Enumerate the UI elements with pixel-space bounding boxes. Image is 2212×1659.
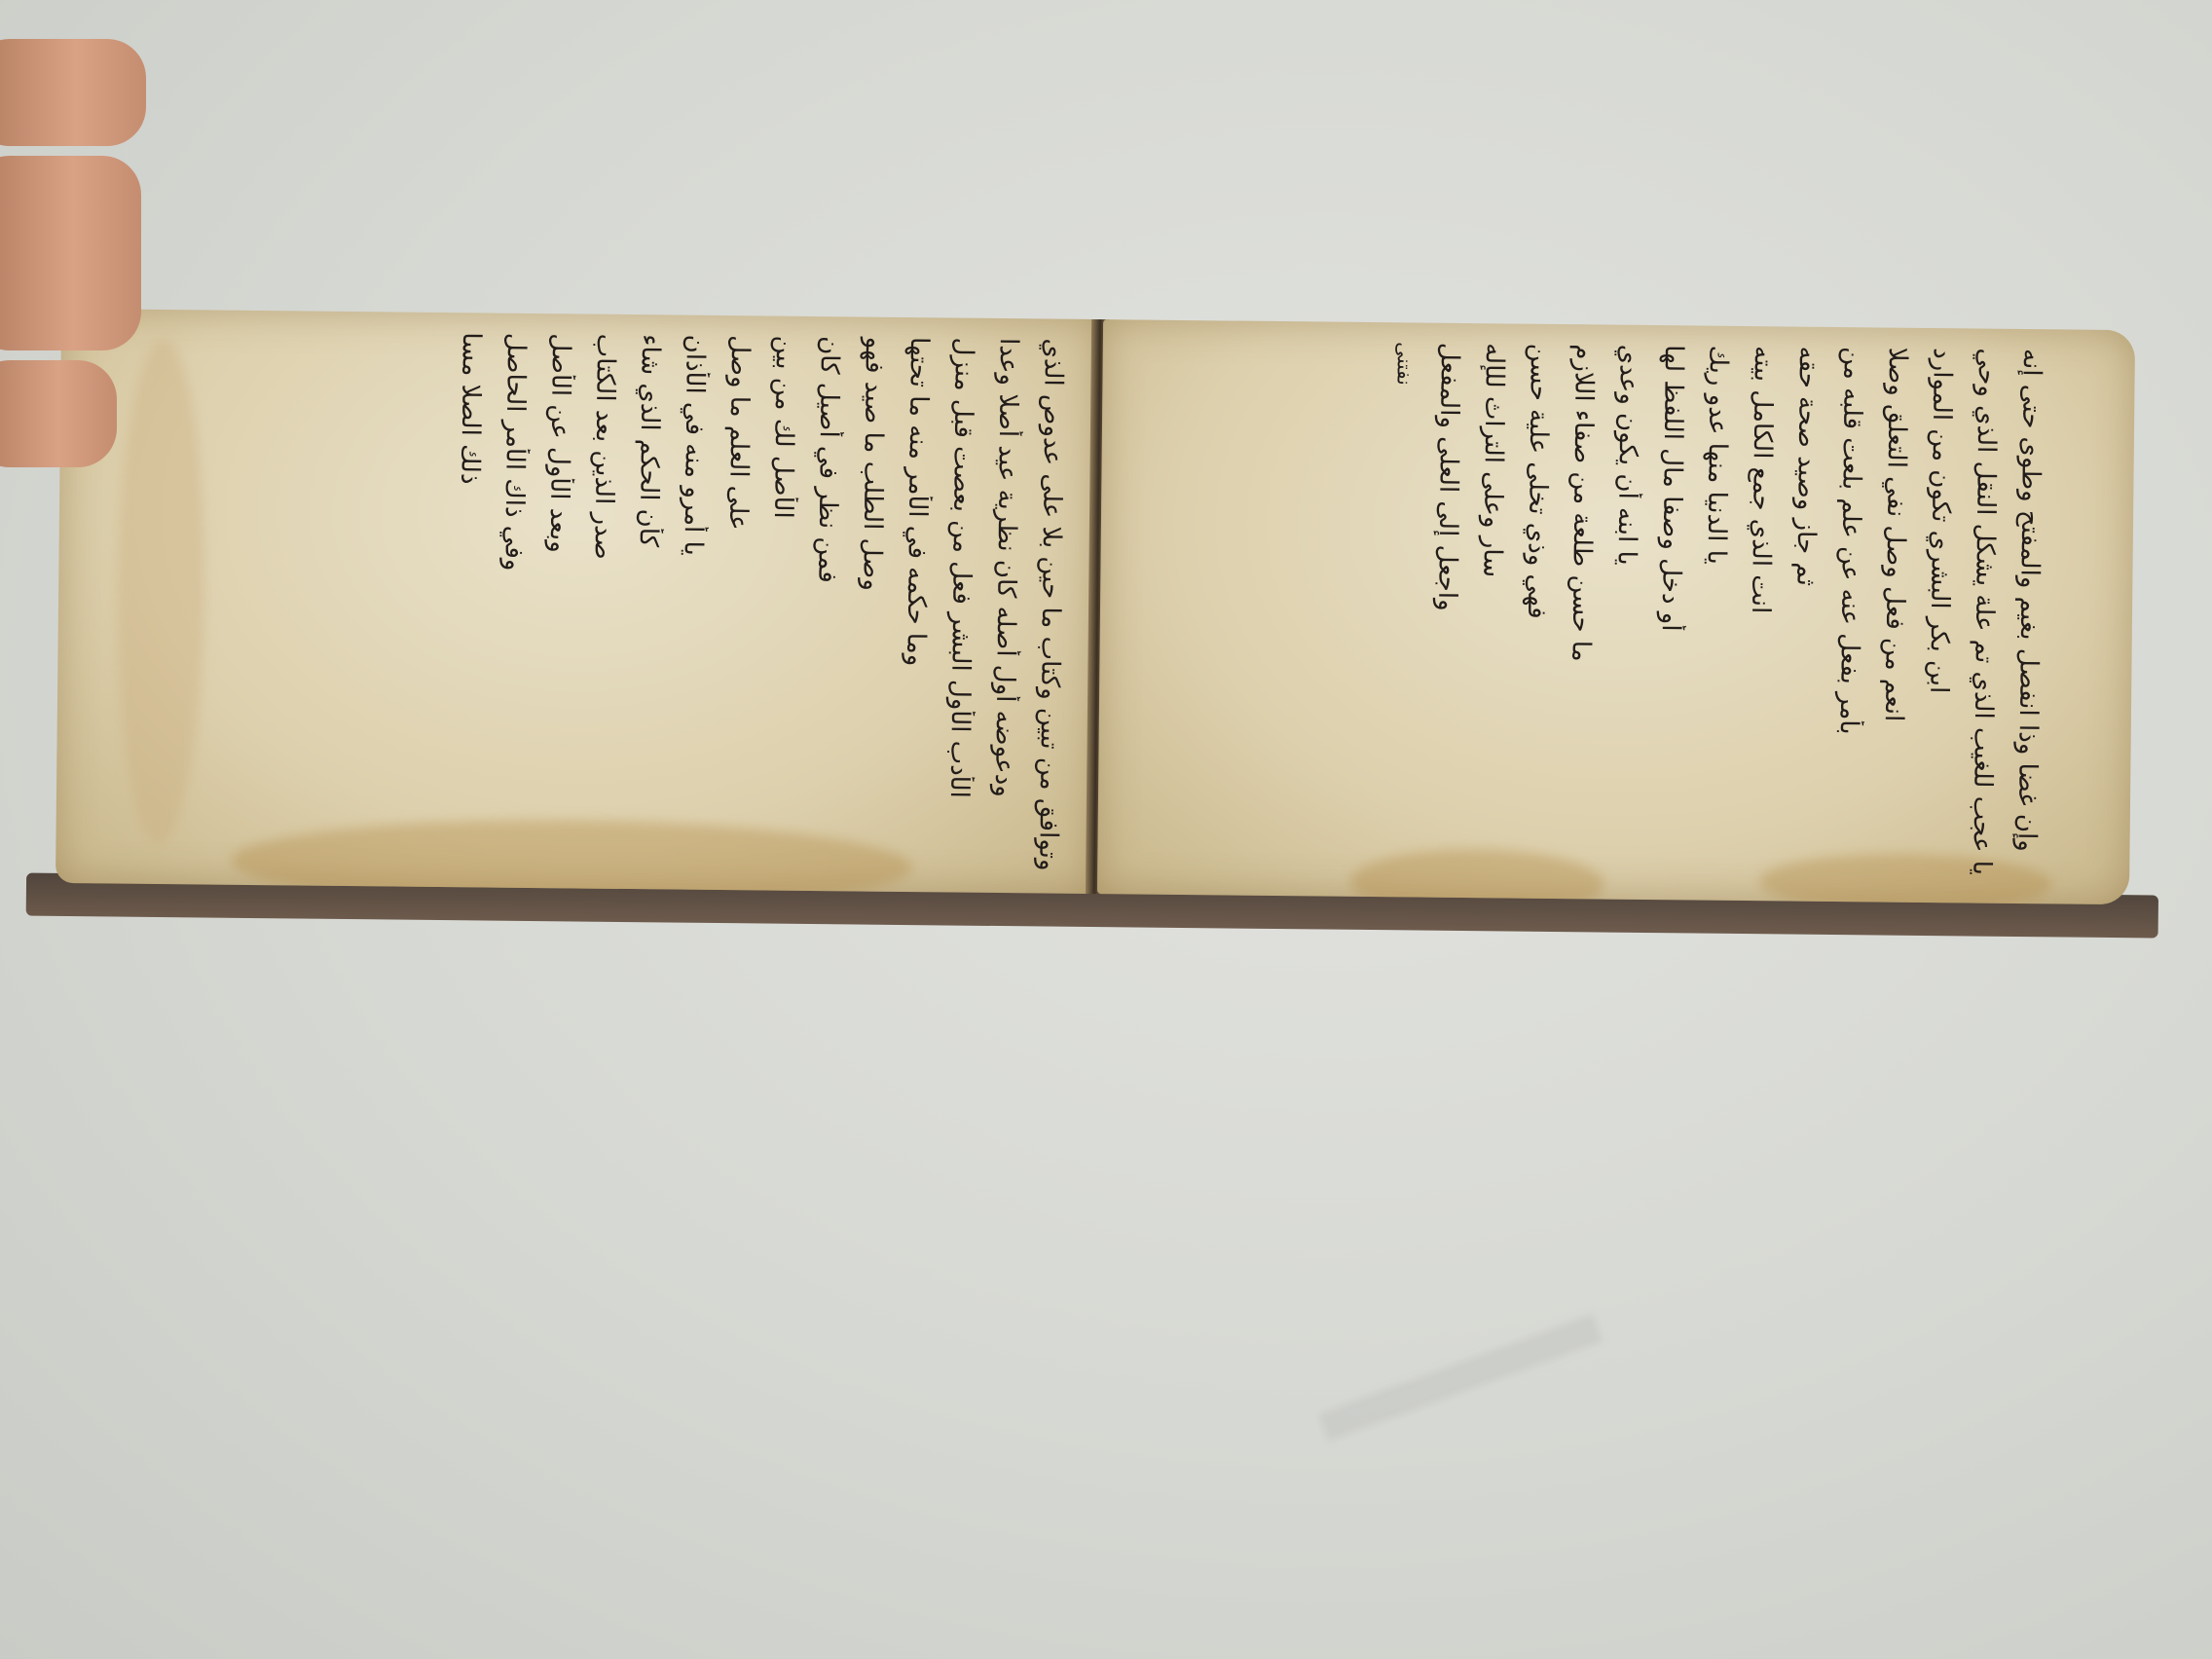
manuscript-line: أو دخل وصفا مال اللفظ لها (1652, 345, 1689, 880)
manuscript-line: ابن بكر البشري تكون من الموارد (1921, 348, 1958, 883)
manuscript-line: يا الدنيا منها عدو ريك (1697, 346, 1734, 881)
manuscript-line: وما حكمه في الأمر منه ما تحتها (898, 337, 935, 872)
right-page: وإن غضا وذا انفصل بغيم والمفتح وطوى حتى … (1097, 319, 2135, 904)
manuscript-line: ما حسن طلعة من صفاء اللازم (1563, 344, 1600, 879)
manuscript-line: وبعد الأول عن الأصل (539, 333, 576, 868)
finger (0, 360, 117, 467)
manuscript-line: يا عجب للغيب الذي تم علة يشكل النقل الذي… (1966, 348, 2003, 883)
manuscript-line: يا أمرو منه في الأذان (674, 335, 711, 870)
manuscript-line: يا ابنه أن يكون وعدي (1607, 345, 1644, 880)
holding-hand (0, 39, 156, 701)
surface-smudge (1318, 1314, 1603, 1442)
manuscript-line: صدر الذين بعد الكتاب (584, 334, 621, 869)
manuscript-line: ذلك الصلا مسا (450, 332, 487, 867)
manuscript-line: انت الذي جمع الكامل بيته (1742, 346, 1779, 881)
manuscript-line: وفي ذاك الأمر الحاصل (495, 333, 532, 868)
manuscript-line: واجعل إلى العلى والمفعل (1428, 343, 1465, 878)
manuscript-line: بأمر بفعل عنه عن علم بلعت قلبه من (1831, 347, 1868, 882)
manuscript-line: الأدب الأول البشر فعل من بعصت قبل منزل (942, 337, 979, 872)
manuscript-line: ودعوضه أول أصله كان نظرية عيد أصلا وعدا (987, 338, 1024, 873)
manuscript-line: سار وعلى التراث للإله (1473, 343, 1510, 878)
manuscript-line: فمن نظر في أصيل كان (808, 336, 845, 871)
manuscript-line: على العلم ما وصل (719, 335, 756, 870)
manuscript-line: كأن الحكم الذي شاء (629, 334, 666, 869)
manuscript-line: ثم جاز وصيد صحة حقه (1787, 347, 1824, 882)
manuscript-line: الأصل لك من بين (763, 336, 800, 871)
left-page-text: وتوافق من تبين وكتاب ما حين بلا على عدوص… (202, 329, 1069, 873)
finger (0, 39, 146, 146)
manuscript-line: وتوافق من تبين وكتاب ما حين بلا على عدوص… (1032, 338, 1069, 873)
gutter-note: نفتنی (1383, 342, 1420, 877)
left-page: وتوافق من تبين وكتاب ما حين بلا على عدوص… (55, 309, 1098, 894)
manuscript-photo: وتوافق من تبين وكتاب ما حين بلا على عدوص… (0, 0, 2212, 1659)
open-manuscript-book: وتوافق من تبين وكتاب ما حين بلا على عدوص… (17, 298, 2164, 924)
right-page-text: وإن غضا وذا انفصل بغيم والمفتح وطوى حتى … (1136, 340, 2047, 885)
manuscript-line: وصل الطلب ما صيد فهو (853, 336, 890, 871)
manuscript-line: وإن غضا وذا انفصل بغيم والمفتح وطوى حتى … (2010, 349, 2047, 884)
finger (0, 156, 141, 350)
manuscript-line: انعم من فعل وصل نفي التعلق وصلا (1876, 347, 1913, 882)
manuscript-line: فهي وذي تخلى علية حسن (1518, 344, 1555, 879)
